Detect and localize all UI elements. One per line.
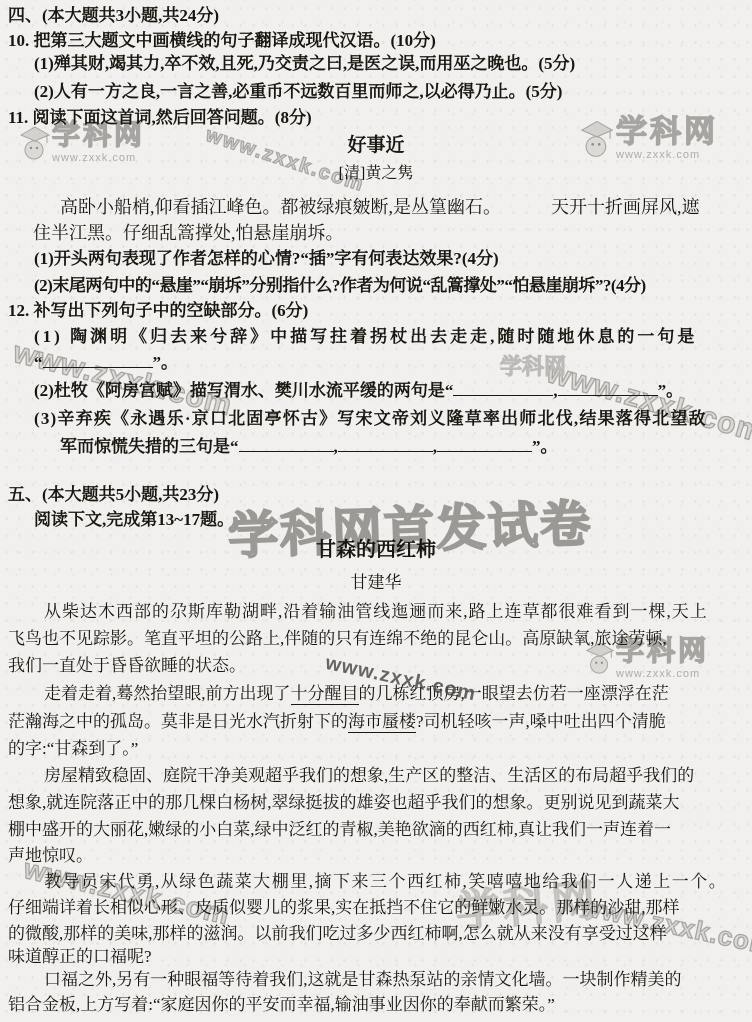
text-segment: 茫瀚海之中的孤岛。莫非是日光水汽折射下的 <box>8 712 348 731</box>
essay-p5-line2: 铝合金板,上方写着:“家庭因你的平安而幸福,输油事业因你的奉献而繁荣。” <box>8 994 555 1015</box>
q12-item3-line2: 军而惊慌失措的三句是“,,”。 <box>60 436 558 457</box>
q11-item-2: (2)末尾两句中的“悬崖”“崩坼”分别指什么?作者为何说“乱篙撑处”“怕悬崖崩坼… <box>34 275 646 296</box>
essay-p3-line3: 棚中盛开的大丽花,嫩绿的小白菜,绿中泛红的青椒,美艳欲滴的西红柿,真让我们一声连… <box>8 819 671 840</box>
poem-line-2: 住半江黑。仔细乱篙撑处,怕悬崖崩坼。 <box>33 222 344 245</box>
essay-p4-line3: 的微酸,那样的美味,那样的滋润。以前我们吃过多少西红柿啊,怎么就从来没有享受过这… <box>8 923 667 944</box>
q10-item-2: (2)人有一方之良,一言之善,必重币不远数百里而师之,以必得乃止。(5分) <box>34 81 562 102</box>
q12-item2-line: (2)杜牧《阿房宫赋》描写渭水、樊川水流平缓的两句是“,”。 <box>34 380 683 401</box>
close-quote: ”。 <box>153 353 179 372</box>
q10-stem: 10. 把第三大题文中画横线的句子翻译成现代汉语。(10分) <box>8 30 436 51</box>
essay-p5-line1: 口福之外,另有一种眼福等待着我们,这就是甘森热泵站的亲情文化墙。一块制作精美的 <box>44 969 682 990</box>
close-quote: ”。 <box>658 381 684 400</box>
q12-stem: 12. 补写出下列句子中的空缺部分。(6分) <box>8 300 308 321</box>
essay-p2-line3: 的字:“甘森到了。” <box>8 738 138 759</box>
essay-p4-line1: 教导员宋代勇,从绿色蔬菜大棚里,摘下来三个西红柿,笑嘻嘻地给我们一人递上一个。 <box>44 871 727 892</box>
poem-lower-stanza-start: 天开十折画屏风,遮 <box>551 197 700 217</box>
essay-p1-line1: 从柴达木西部的尕斯库勒湖畔,沿着输油管线迤逦而来,路上连草都很难看到一棵,天上 <box>44 601 708 622</box>
essay-p3-line1: 房屋精致稳固、庭院干净美观超乎我们的想象,生产区的整洁、生活区的布局超乎我们的 <box>44 765 694 786</box>
q11-item-1: (1)开头两句表现了作者怎样的心情?“插”字有何表达效果?(4分) <box>34 248 499 269</box>
text-segment: 走着走着,蓦然抬望眼,前方出现了 <box>44 684 291 703</box>
essay-p1-line2: 飞鸟也不见踪影。笔直平坦的公路上,伴随的只有连绵不绝的昆仑山。高原缺氧,旅途劳顿… <box>8 628 667 649</box>
essay-p3-line2: 想象,就连院落正中的那几棵白杨树,翠绿挺拔的雄姿也超乎我们的想象。更别说见到蔬菜… <box>8 792 680 813</box>
essay-p2-line1: 走着走着,蓦然抬望眼,前方出现了十分醒目的几栋红顶房,一眼望去仿若一座漂浮在茫 <box>44 683 669 704</box>
poem-author: [清]黄之隽 <box>0 164 752 184</box>
q12-item1-answer-line: “”。 <box>34 352 178 373</box>
section-four-header: 四、(本大题共3小题,共24分) <box>8 5 219 26</box>
q10-item-1: (1)殚其财,竭其力,卒不效,且死,乃交责之曰,是医之误,而用巫之晚也。(5分) <box>34 53 575 74</box>
essay-p2-line2: 茫瀚海之中的孤岛。莫非是日光水汽折射下的海市蜃楼?司机轻咳一声,嗓中吐出四个清脆 <box>8 711 666 732</box>
text-segment: ?司机轻咳一声,嗓中吐出四个清脆 <box>416 712 666 731</box>
reading-instruction: 阅读下文,完成第13~17题。 <box>34 509 234 530</box>
watermark-ghost-logo-small: 学科网 <box>500 350 566 381</box>
essay-author: 甘建华 <box>0 572 752 593</box>
blank-line <box>338 436 433 452</box>
watermark-site-url: www.zxxk.com <box>616 669 709 680</box>
section-five-header: 五、(本大题共5小题,共23分) <box>8 484 219 505</box>
underlined-phrase: 十分醒目 <box>291 684 359 705</box>
poem-title: 好事近 <box>0 134 752 158</box>
close-quote: ”。 <box>532 437 558 456</box>
blank-line <box>437 436 532 452</box>
poem-line-1: 高卧小船梢,仰看插江峰色。都被绿痕皴断,是丛篁幽石。天开十折画屏风,遮 <box>60 196 700 219</box>
blank-line <box>558 380 658 396</box>
poem-upper-stanza: 高卧小船梢,仰看插江峰色。都被绿痕皴断,是丛篁幽石。 <box>60 197 501 217</box>
underlined-phrase: 海市蜃楼 <box>348 712 416 733</box>
blank-line <box>239 436 334 452</box>
essay-p3-line4: 声地惊叹。 <box>8 845 93 866</box>
essay-p4-line2: 仔细端详着长相似心形、皮质似婴儿的浆果,实在抵挡不住它的鲜嫩水灵。那样的沙甜,那… <box>8 897 680 918</box>
blank-line <box>43 352 153 368</box>
essay-p4-line4: 味道醇正的口福呢? <box>8 946 152 967</box>
blank-line <box>453 380 553 396</box>
essay-p1-line3: 我们一直处于昏昏欲睡的状态。 <box>8 655 246 676</box>
q12-item2-text: (2)杜牧《阿房宫赋》描写渭水、樊川水流平缓的两句是“ <box>34 381 453 400</box>
q11-stem: 11. 阅读下面这首词,然后回答问题。(8分) <box>8 107 312 128</box>
q12-item3-text: 军而惊慌失措的三句是“ <box>60 437 239 456</box>
q12-item3-line1: (3)辛弃疾《永遇乐·京口北固亭怀古》写宋文帝刘义隆草率出师北伐,结果落得北望敌 <box>34 408 707 429</box>
scanned-exam-page: 学科网 www.zxxk.com 学科网 www.zxxk.com www.zx… <box>0 0 752 1022</box>
watermark-url-diag-right: www.zxxk.com <box>543 356 752 451</box>
q12-item1-line1: (1) 陶渊明《归去来兮辞》中描写拄着拐杖出去走走,随时随地休息的一句是 <box>34 326 697 347</box>
text-segment: 的字:“甘森到了。” <box>8 739 138 758</box>
open-quote: “ <box>34 353 43 372</box>
essay-title: 甘森的西红柿 <box>0 538 752 563</box>
